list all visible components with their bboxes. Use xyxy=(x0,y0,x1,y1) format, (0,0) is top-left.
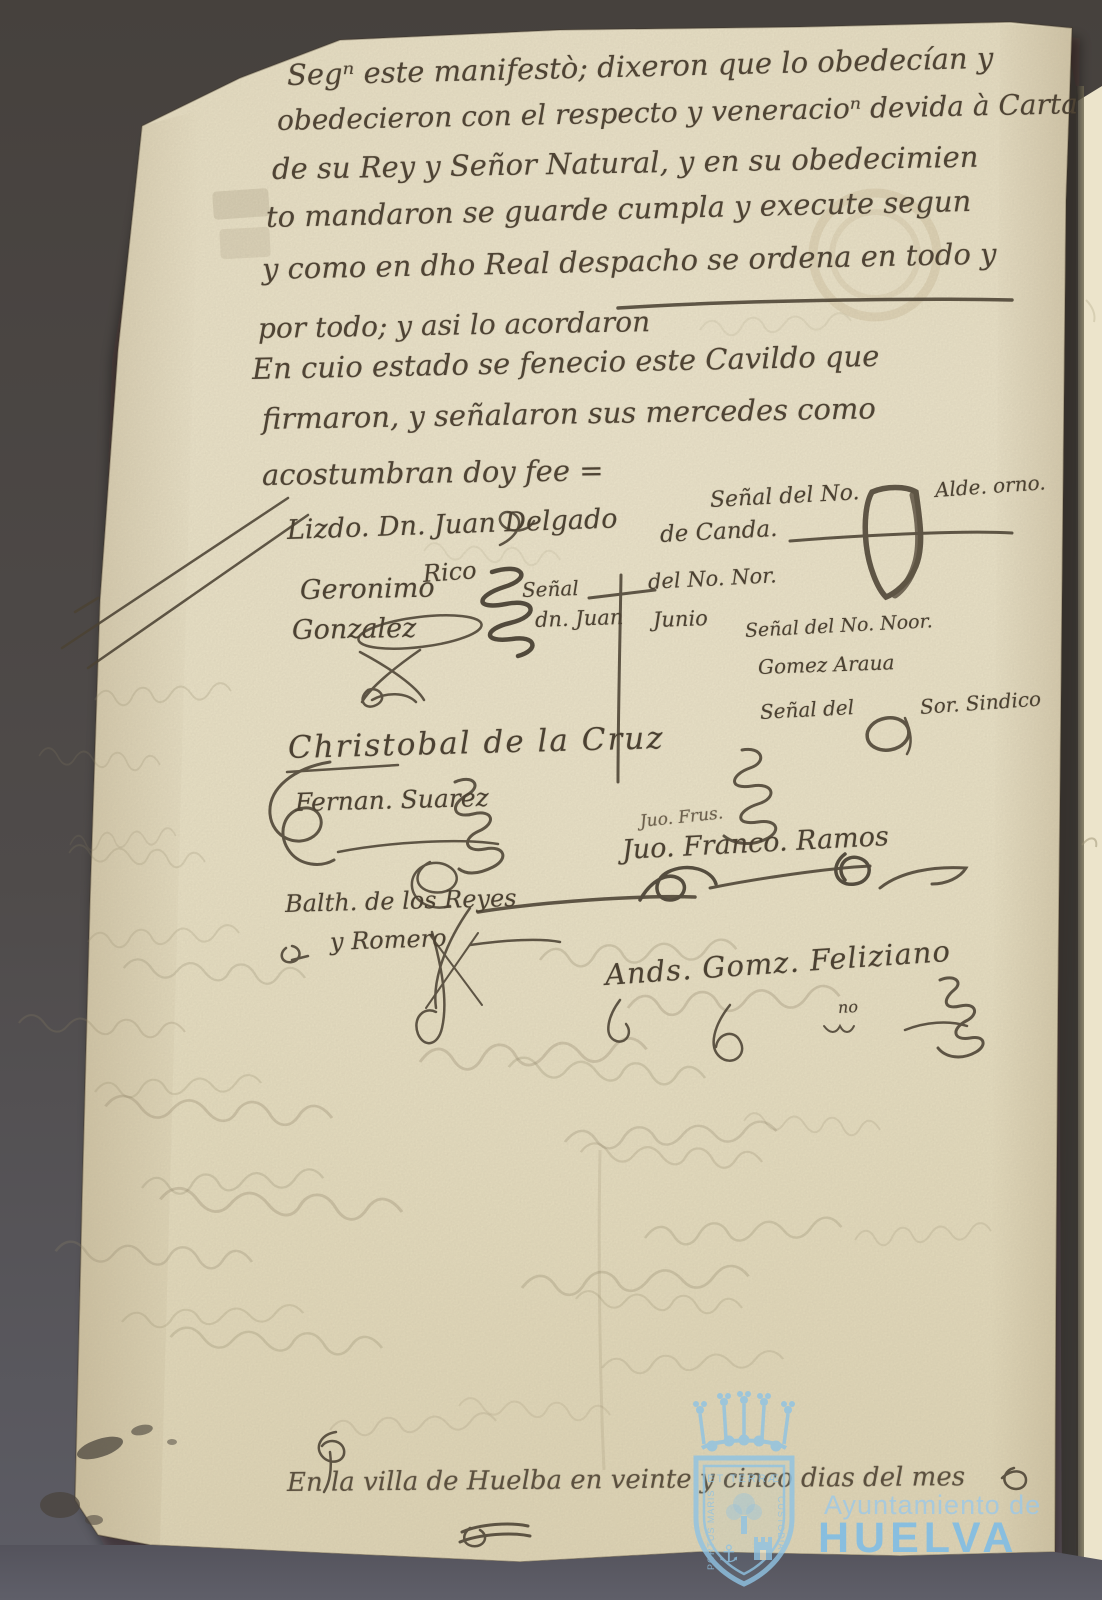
junio: Junio xyxy=(653,606,709,632)
manuscript-line: y como en dho Real despacho se ordena en… xyxy=(262,237,997,286)
signature-feliziano: Ands. Gomz. Feliziano xyxy=(604,934,952,992)
signature-romero: y Romero xyxy=(330,924,447,956)
crest-emblem: ⚓ xyxy=(718,1493,772,1568)
manuscript-line: acostumbran doy fee = xyxy=(262,453,604,492)
feliziano-superscript: no xyxy=(838,997,859,1017)
margin-slash-1 xyxy=(62,498,288,648)
signature-cruz: Christobal de la Cruz xyxy=(288,720,666,766)
dn-juan: dn. Juan xyxy=(535,605,624,632)
signature-geronimo: Geronimo xyxy=(300,573,435,606)
crest-motto-left: PORTUS MARIS xyxy=(706,1490,716,1570)
manuscript-line: to mandaron se guarde cumpla y execute s… xyxy=(266,184,972,234)
manuscript-line: En cuio estado se fenecio este Cavildo q… xyxy=(252,339,880,386)
senal-del: Señal del xyxy=(759,695,854,724)
araua: Gomez Araua xyxy=(758,650,895,679)
senal-word: Señal xyxy=(522,576,580,602)
tree-icon xyxy=(726,1493,762,1534)
ramos-superscript: Juo. Frus. xyxy=(639,803,724,832)
signature-delgado: Lizdo. Dn. Juan Delgado xyxy=(286,503,618,546)
equals-flourish xyxy=(460,1524,530,1542)
signature-gonzalez: Gonzalez xyxy=(292,613,417,646)
tower-icon xyxy=(754,1537,772,1560)
senal-alcalde-line2: de Canda. xyxy=(659,516,778,548)
circle-mark xyxy=(865,715,912,754)
manuscript-line: de su Rey y Señor Natural, y en su obede… xyxy=(272,140,979,186)
margin-slash-2 xyxy=(88,515,308,668)
scanned-manuscript-page: Segⁿ este manifestò; dixeron que lo obed… xyxy=(0,0,1102,1600)
senal-alcalde-line1: Señal del No. xyxy=(709,480,860,513)
signature-suarez: Fernan. Suarez xyxy=(295,783,489,817)
paper-crease xyxy=(599,1150,604,1470)
manuscript-line: por todo; y asi lo acordaron xyxy=(258,305,651,345)
next-page-sliver xyxy=(1076,86,1102,1600)
manuscript-line: obedecieron con el respecto y veneracioⁿ… xyxy=(277,87,1079,137)
watermark-org-name: HUELVA xyxy=(818,1514,1018,1563)
manuscript-line: firmaron, y señalaron sus mercedes como xyxy=(262,391,876,436)
closing-dash xyxy=(618,299,1012,308)
senal-notor: Señal del No. Noor. xyxy=(744,610,933,642)
del-no-nor: del No. Nor. xyxy=(647,563,777,594)
shield-mark xyxy=(865,488,920,598)
ink-smudges xyxy=(40,1423,177,1525)
anchor-icon: ⚓ xyxy=(718,1540,740,1568)
signature-reyes: Balth. de los Reyes xyxy=(285,884,517,918)
crown-icon xyxy=(693,1391,795,1450)
manuscript-line: Segⁿ este manifestò; dixeron que lo obed… xyxy=(287,41,994,92)
crest-motto-right: CUSTODIA xyxy=(776,1496,786,1550)
sindico: Sor. Sindico xyxy=(919,687,1042,719)
alcalde-title: Alde. orno. xyxy=(934,470,1046,502)
